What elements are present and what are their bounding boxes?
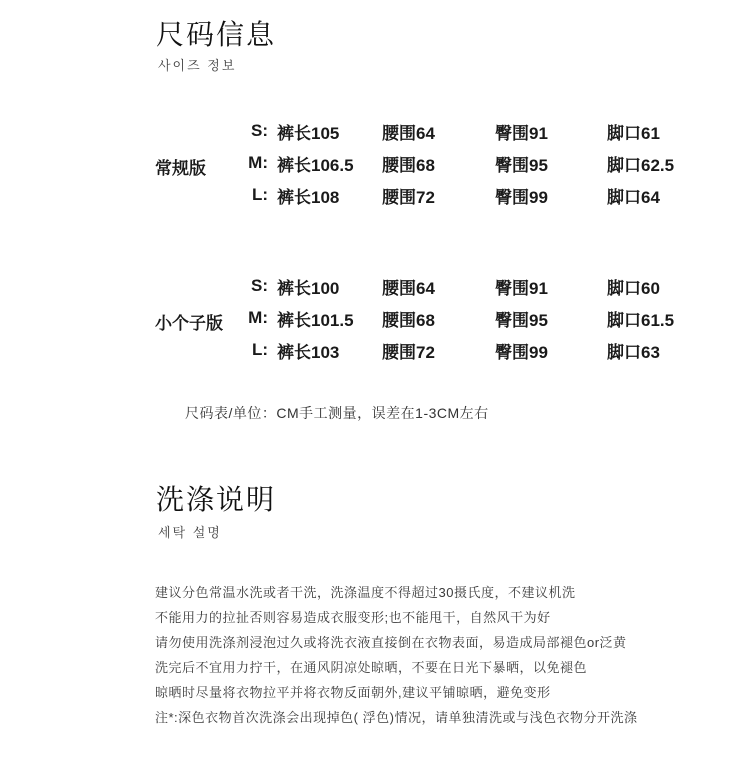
size-label-l: L: [240,179,268,211]
size-label-m: M: [240,147,268,179]
size-table-petite: 小个子版 S: 裤长100 腰围64 臀围91 脚口60 M: 裤长101.5 … [155,270,707,366]
pants-length-cell: 裤长100 [277,270,382,302]
washing-subtitle-korean: 세탁 설명 [158,526,222,539]
leg-opening-cell: 脚口63 [607,334,707,366]
size-label-l: L: [240,334,268,366]
hip-cell: 臀围91 [495,270,607,302]
washing-instruction-line: 注*:深色衣物首次洗涤会出现掉色( 浮色)情况，请单独清洗或与浅色衣物分开洗涤 [155,704,637,729]
leg-opening-cell: 脚口62.5 [607,147,707,179]
waist-cell: 腰围64 [382,270,495,302]
washing-title: 洗涤说明 [156,486,276,514]
washing-instruction-line: 请勿使用洗涤剂浸泡过久或将洗衣液直接倒在衣物表面，易造成局部褪色or泛黄 [155,629,637,654]
waist-cell: 腰围68 [382,302,495,334]
size-info-title: 尺码信息 [156,21,276,49]
waist-cell: 腰围72 [382,179,495,211]
washing-instruction-line: 晾晒时尽量将衣物拉平并将衣物反面朝外,建议平铺晾晒，避免变形 [155,679,637,704]
hip-cell: 臀围99 [495,179,607,211]
pants-length-cell: 裤长101.5 [277,302,382,334]
hip-cell: 臀围99 [495,334,607,366]
pants-length-cell: 裤长103 [277,334,382,366]
hip-cell: 臀围95 [495,302,607,334]
leg-opening-cell: 脚口61.5 [607,302,707,334]
size-label-m: M: [240,302,268,334]
waist-cell: 腰围64 [382,115,495,147]
pants-length-cell: 裤长108 [277,179,382,211]
waist-cell: 腰围72 [382,334,495,366]
size-label-s: S: [240,270,268,302]
size-info-subtitle-korean: 사이즈 정보 [158,59,236,72]
pants-length-cell: 裤长106.5 [277,147,382,179]
waist-cell: 腰围68 [382,147,495,179]
size-label-s: S: [240,115,268,147]
product-detail-page: 尺码信息 사이즈 정보 常规版 S: 裤长105 腰围64 臀围91 脚口61 … [0,0,750,758]
leg-opening-cell: 脚口60 [607,270,707,302]
washing-instruction-line: 建议分色常温水洗或者干洗，洗涤温度不得超过30摄氏度，不建议机洗 [155,579,637,604]
size-unit-note: 尺码表/单位：CM手工测量，误差在1-3CM左右 [185,403,489,423]
pants-length-cell: 裤长105 [277,115,382,147]
washing-instructions: 建议分色常温水洗或者干洗，洗涤温度不得超过30摄氏度，不建议机洗 不能用力的拉扯… [155,579,637,729]
washing-instruction-line: 洗完后不宜用力拧干，在通风阴凉处晾晒，不要在日光下暴晒，以免褪色 [155,654,637,679]
version-label-petite: 小个子版 [155,302,240,334]
size-table-regular: 常规版 S: 裤长105 腰围64 臀围91 脚口61 M: 裤长106.5 腰… [155,115,707,211]
version-label-regular: 常规版 [155,147,240,179]
washing-instruction-line: 不能用力的拉扯否则容易造成衣服变形;也不能甩干，自然风干为好 [155,604,637,629]
leg-opening-cell: 脚口61 [607,115,707,147]
hip-cell: 臀围91 [495,115,607,147]
leg-opening-cell: 脚口64 [607,179,707,211]
hip-cell: 臀围95 [495,147,607,179]
